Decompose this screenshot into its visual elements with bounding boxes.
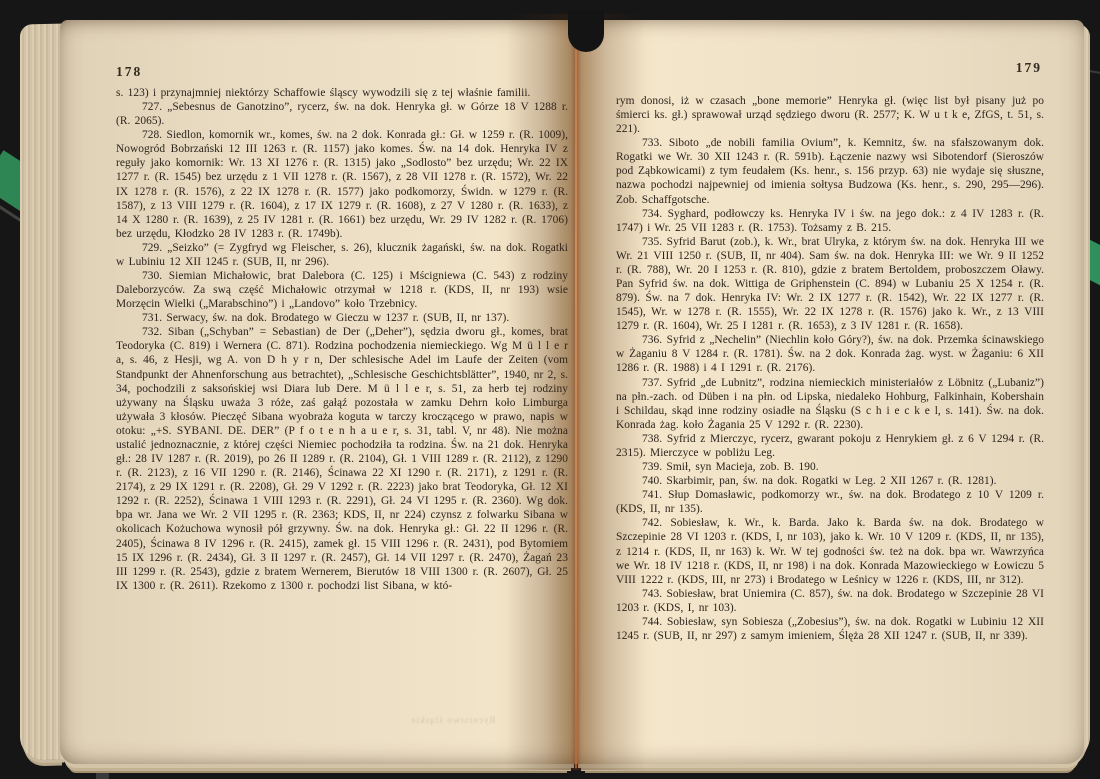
show-through-text: Rycerstwo śląskie [410, 716, 495, 726]
continuation-paragraph: s. 123) i przynajmniej niektórzy Schaffo… [116, 86, 568, 100]
entry-743: 743. Sobiesław, brat Uniemira (C. 857), … [616, 587, 1044, 615]
entry-734: 734. Syghard, podłowczy ks. Henryka IV i… [616, 207, 1044, 235]
left-page: 178 s. 123) i przynajmniej niektórzy Sch… [60, 20, 576, 764]
entry-740: 740. Skarbimir, pan, św. na dok. Rogatki… [616, 474, 1044, 488]
right-page: 179 rym donosi, iż w czasach „bone memor… [576, 20, 1084, 764]
entry-736: 736. Syfrid z „Nechelin” (Niechlin koło … [616, 333, 1044, 375]
continuation-paragraph: rym donosi, iż w czasach „bone memorie” … [616, 94, 1044, 136]
entry-730: 730. Siemian Michałowic, brat Dalebora (… [116, 269, 568, 311]
entry-738: 738. Syfrid z Mierczyc, rycerz, gwarant … [616, 432, 1044, 460]
entry-742: 742. Sobiesław, k. Wr., k. Barda. Jako k… [616, 516, 1044, 586]
entry-729: 729. „Seizko” (= Zygfryd wg Fleischer, s… [116, 241, 568, 269]
entry-733: 733. Siboto „de nobili familia Ovium”, k… [616, 136, 1044, 206]
left-page-text-column: s. 123) i przynajmniej niektórzy Schaffo… [116, 86, 568, 734]
entry-727: 727. „Sebesnus de Ganotzino”, rycerz, św… [116, 100, 568, 128]
entry-728: 728. Siedlon, komornik wr., komes, św. n… [116, 128, 568, 241]
right-page-number: 179 [1016, 60, 1042, 76]
entry-737: 737. Syfrid „de Lubnitz”, rodzina niemie… [616, 376, 1044, 432]
entry-731: 731. Serwacy, św. na dok. Brodatego w Gi… [116, 311, 568, 325]
entry-744: 744. Sobiesław, syn Sobiesza („Zobesius”… [616, 615, 1044, 643]
book-scan-scene: 178 s. 123) i przynajmniej niektórzy Sch… [0, 0, 1100, 779]
entry-739: 739. Smił, syn Macieja, zob. B. 190. [616, 460, 1044, 474]
entry-732: 732. Siban („Schyban” = Sebastian) de De… [116, 325, 568, 592]
left-page-number: 178 [116, 64, 142, 80]
book-fold-line [575, 18, 577, 768]
open-book: 178 s. 123) i przynajmniej niektórzy Sch… [20, 8, 1090, 770]
spine-top-notch [568, 10, 604, 52]
entry-741: 741. Słup Domasławic, podkomorzy wr., św… [616, 488, 1044, 516]
right-page-text-column: rym donosi, iż w czasach „bone memorie” … [616, 94, 1044, 754]
entry-735: 735. Syfrid Barut (zob.), k. Wr., brat U… [616, 235, 1044, 334]
